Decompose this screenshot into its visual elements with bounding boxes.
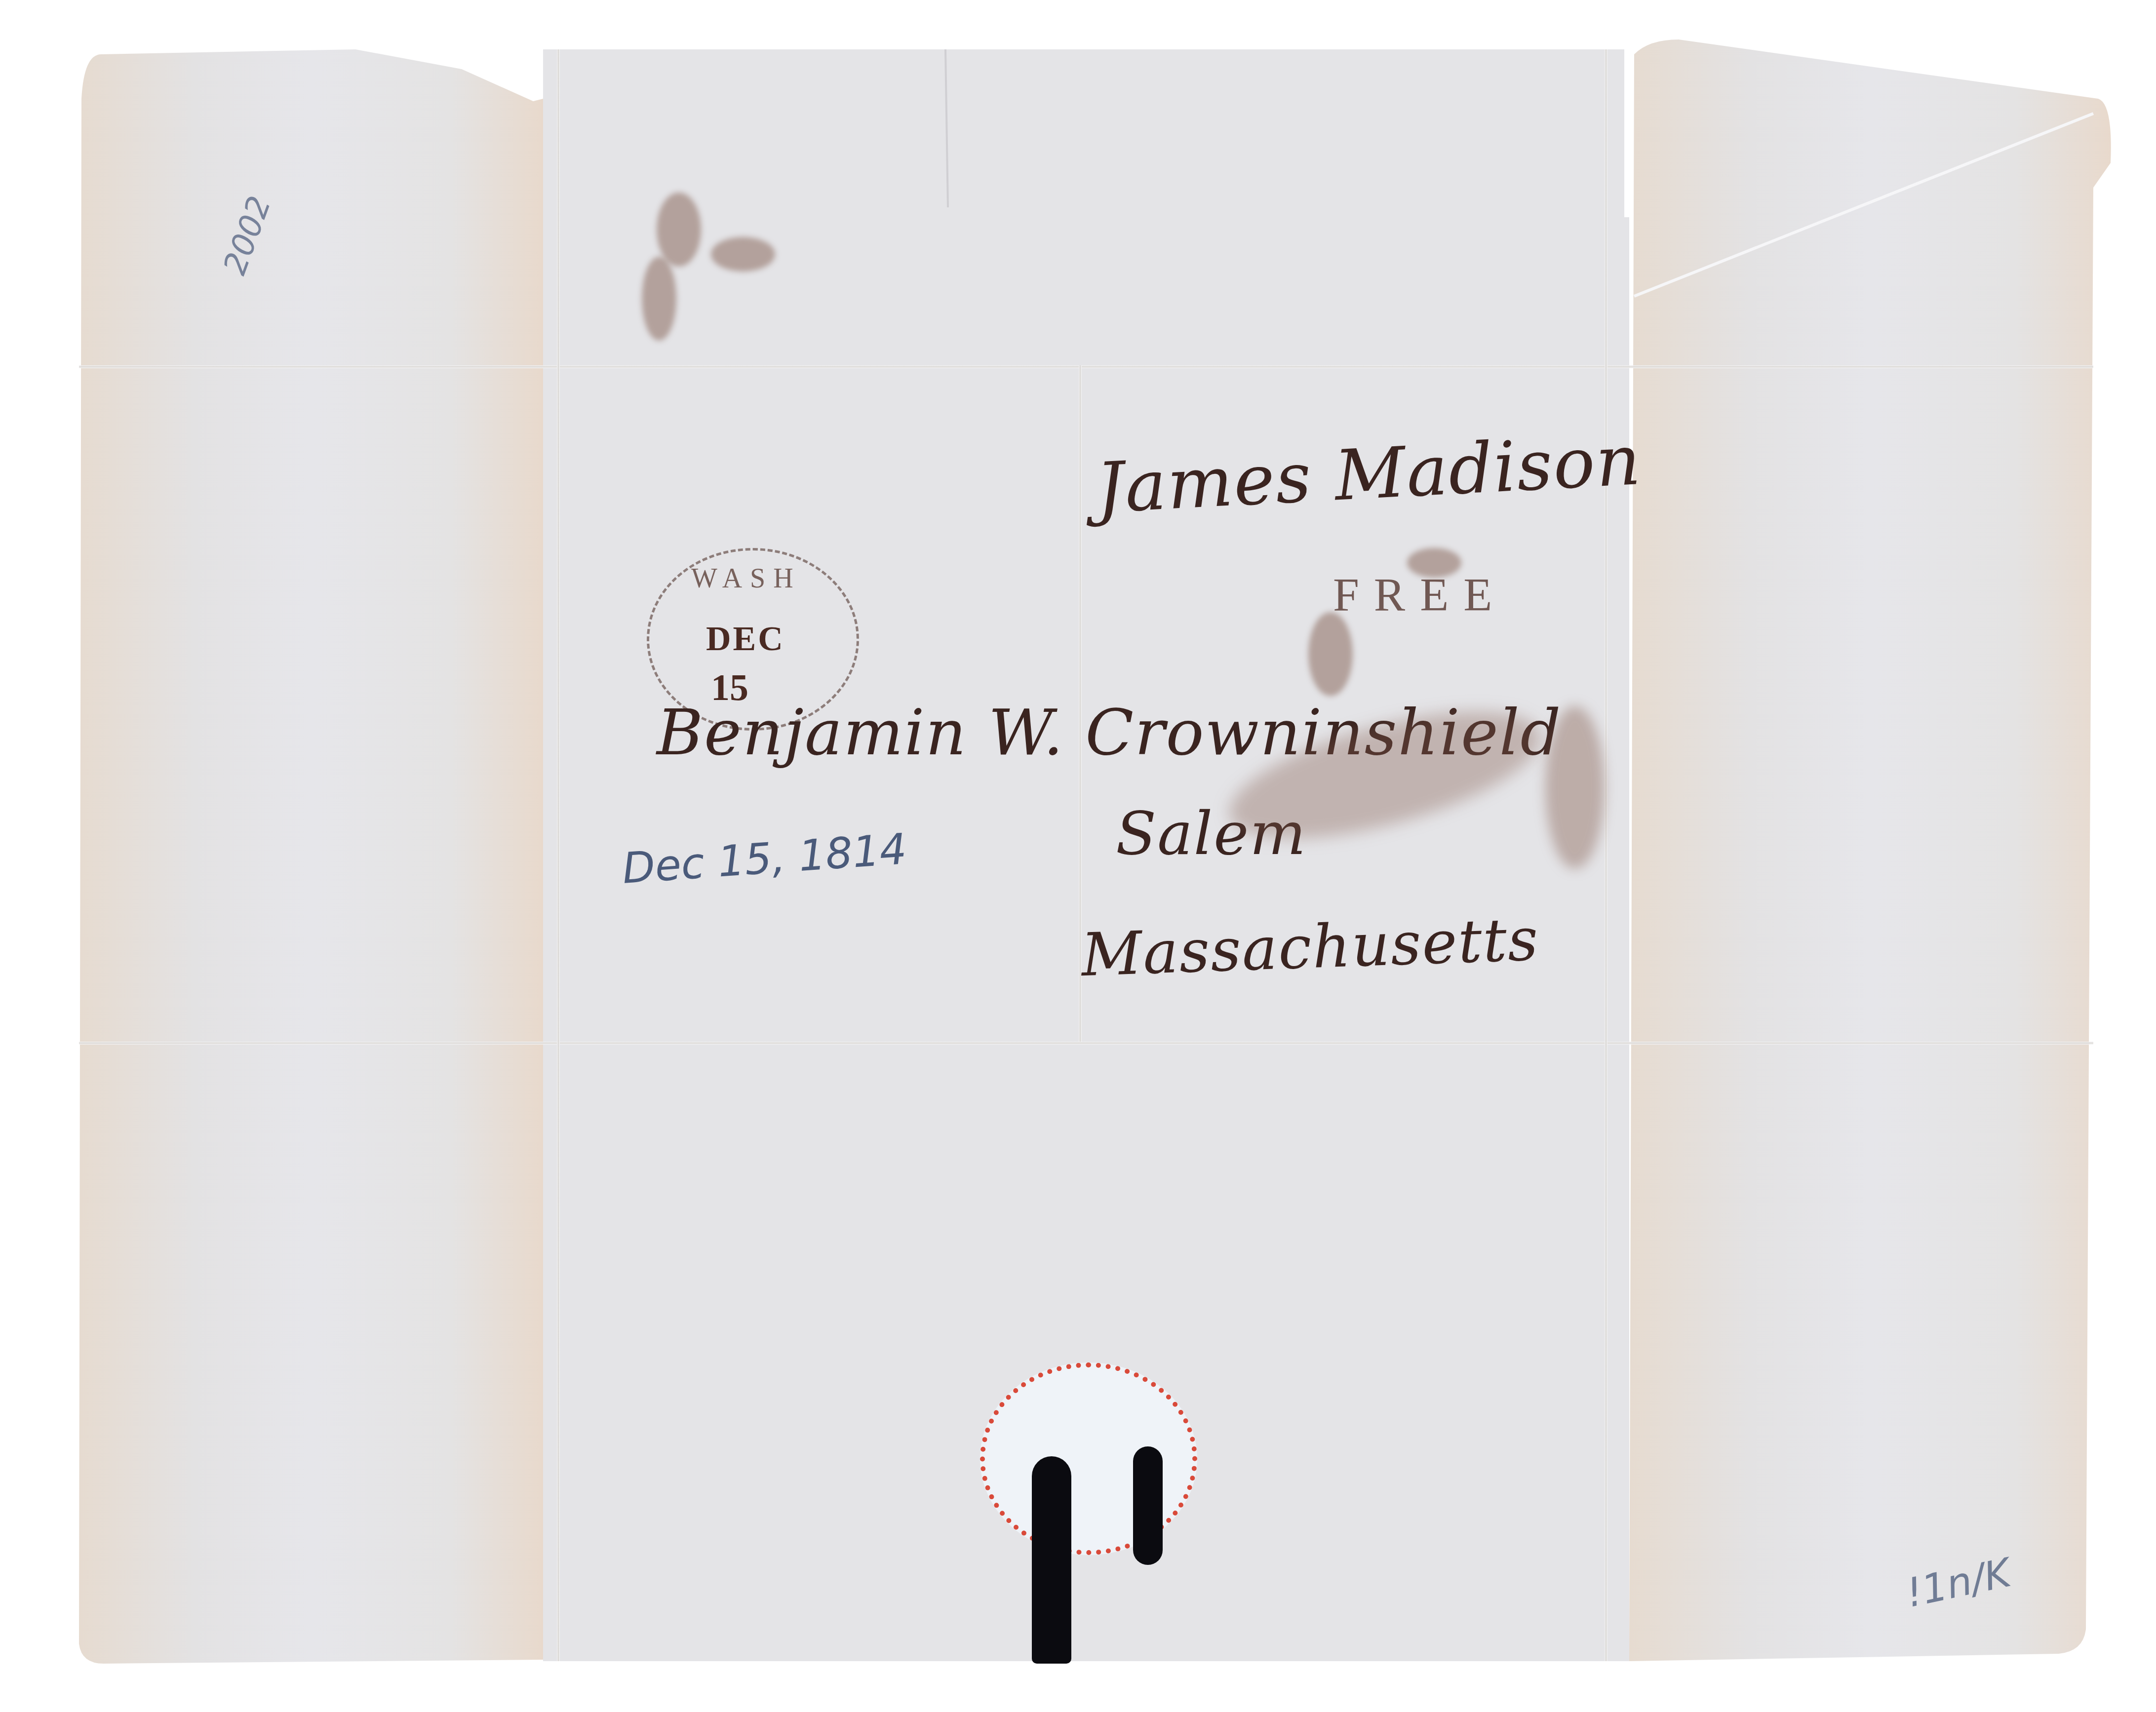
postmark-town: WASH	[691, 563, 801, 594]
free-handstamp: FREE	[1333, 568, 1507, 622]
seal-tear-left	[1032, 1456, 1071, 1664]
postmark-month: DEC	[706, 620, 785, 659]
seal-tear-right	[1133, 1446, 1163, 1565]
fold-line-upper	[79, 365, 2093, 368]
letter-cover: James Madison FREE WASH DEC 15 Benjamin …	[0, 0, 2156, 1712]
ink-stain	[657, 193, 701, 267]
ink-smear	[1545, 706, 1605, 869]
ink-stain	[1407, 548, 1461, 578]
wax-seal-remnant	[980, 1362, 1197, 1555]
fold-line-left	[557, 49, 560, 1661]
fold-line-lower	[79, 1042, 2093, 1045]
ink-stain	[1308, 612, 1353, 696]
ink-stain	[642, 257, 676, 341]
ink-stain	[711, 237, 775, 272]
fold-line-right	[1605, 49, 1607, 1661]
